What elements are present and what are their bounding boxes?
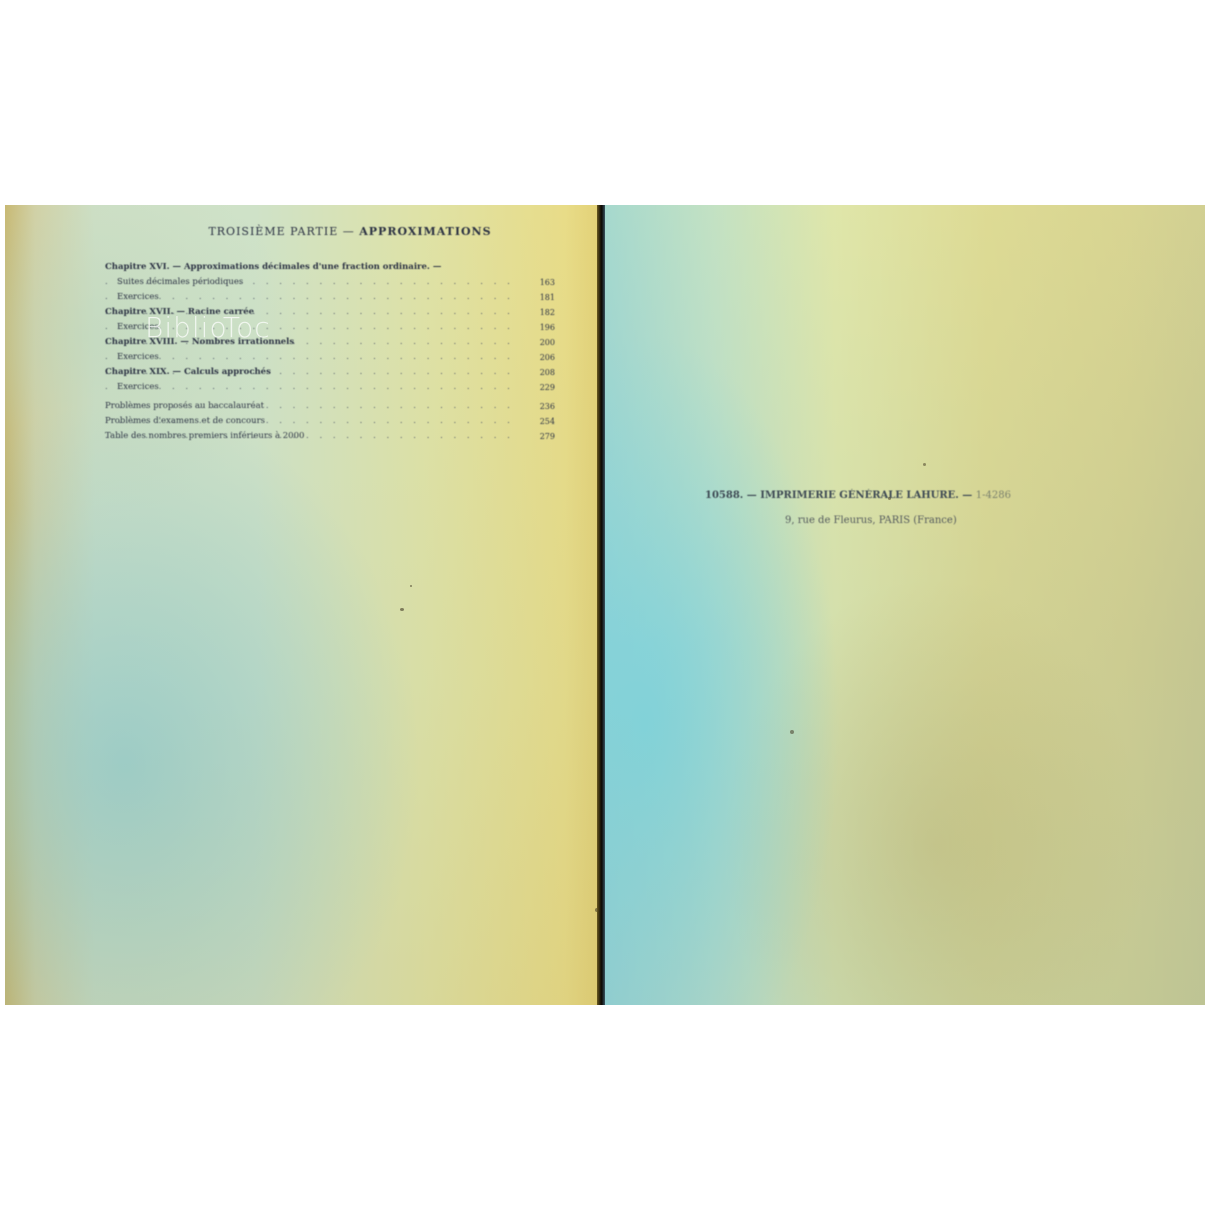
toc-entry-page: 229 [533,380,555,395]
toc-entry: Exercices. . . . . . . . . . . . . . . .… [105,350,555,365]
leader-dots: . . . . . . . . . . . . . . . . . . . . … [105,290,515,305]
toc-entry-page: 208 [533,365,555,380]
toc-entry: Exercices. . . . . . . . . . . . . . . .… [105,380,555,395]
imprint-line-1: 10588. — IMPRIMERIE GÉNÉRALE LAHURE. — 1… [705,490,1025,501]
paper-speck [400,608,404,611]
toc-entry-page: 182 [533,305,555,320]
toc-entry: Chapitre XVI. — Approximations décimales… [105,260,555,275]
toc-entry-label: Exercices [105,382,159,392]
toc-entry-page: 196 [533,320,555,335]
toc-entry: Problèmes proposés au baccalauréat. . . … [105,399,555,414]
toc-heading-prefix: TROISIÈME PARTIE — [208,225,359,238]
toc-entry-page: 206 [533,350,555,365]
paper-speck [923,463,926,466]
toc-entry-label: Suites décimales périodiques [105,277,243,287]
imprint-address: 9, rue de Fleurus, PARIS (France) [705,515,1025,526]
paper-speck [888,497,891,500]
toc-entry-page: 181 [533,290,555,305]
toc-entry-page: 254 [533,414,555,429]
toc-entry-label: Exercices [105,292,159,302]
open-book-photo: TROISIÈME PARTIE — APPROXIMATIONS Chapit… [5,205,1205,1005]
toc-entry: Chapitre XIX. — Calculs approchés. . . .… [105,365,555,380]
printer-imprint: 10588. — IMPRIMERIE GÉNÉRALE LAHURE. — 1… [705,490,1025,526]
imprint-printer: — IMPRIMERIE GÉNÉRALE LAHURE. — [743,490,975,501]
toc-entry-page: 200 [533,335,555,350]
imprint-number: 10588. [705,490,743,501]
paper-speck [790,730,794,734]
leader-dots: . . . . . . . . . . . . . . . . . . . . … [105,350,515,365]
toc-entry: Problèmes d'examens et de concours. . . … [105,414,555,429]
toc-entry: Table des nombres premiers inférieurs à … [105,429,555,444]
toc-entry: Suites décimales périodiques. . . . . . … [105,275,555,290]
toc-entry-label: Chapitre XIX. — Calculs approchés [105,367,271,377]
right-page: 10588. — IMPRIMERIE GÉNÉRALE LAHURE. — 1… [605,205,1205,1005]
toc-entries: Chapitre XVI. — Approximations décimales… [105,260,555,444]
paper-speck [410,585,412,587]
toc-entry-page: 279 [533,429,555,444]
book-spine [597,205,605,1005]
watermark: BiblioToc [145,311,271,344]
toc-heading-title: APPROXIMATIONS [359,225,491,238]
leader-dots: . . . . . . . . . . . . . . . . . . . . … [105,380,515,395]
toc-heading: TROISIÈME PARTIE — APPROXIMATIONS [145,225,555,238]
toc-entry-label: Problèmes proposés au baccalauréat [105,401,264,411]
toc-entry-label: Problèmes d'examens et de concours [105,416,265,426]
left-page: TROISIÈME PARTIE — APPROXIMATIONS Chapit… [5,205,623,1005]
toc-entry-page: 236 [533,399,555,414]
toc-entry-label: Table des nombres premiers inférieurs à … [105,431,304,441]
toc-entry: Exercices. . . . . . . . . . . . . . . .… [105,290,555,305]
toc-entry-label: Exercices [105,352,159,362]
toc-entry-page: 163 [533,275,555,290]
imprint-code: 1-4286 [976,490,1011,501]
toc-entry-label: Chapitre XVI. — Approximations décimales… [105,262,441,272]
